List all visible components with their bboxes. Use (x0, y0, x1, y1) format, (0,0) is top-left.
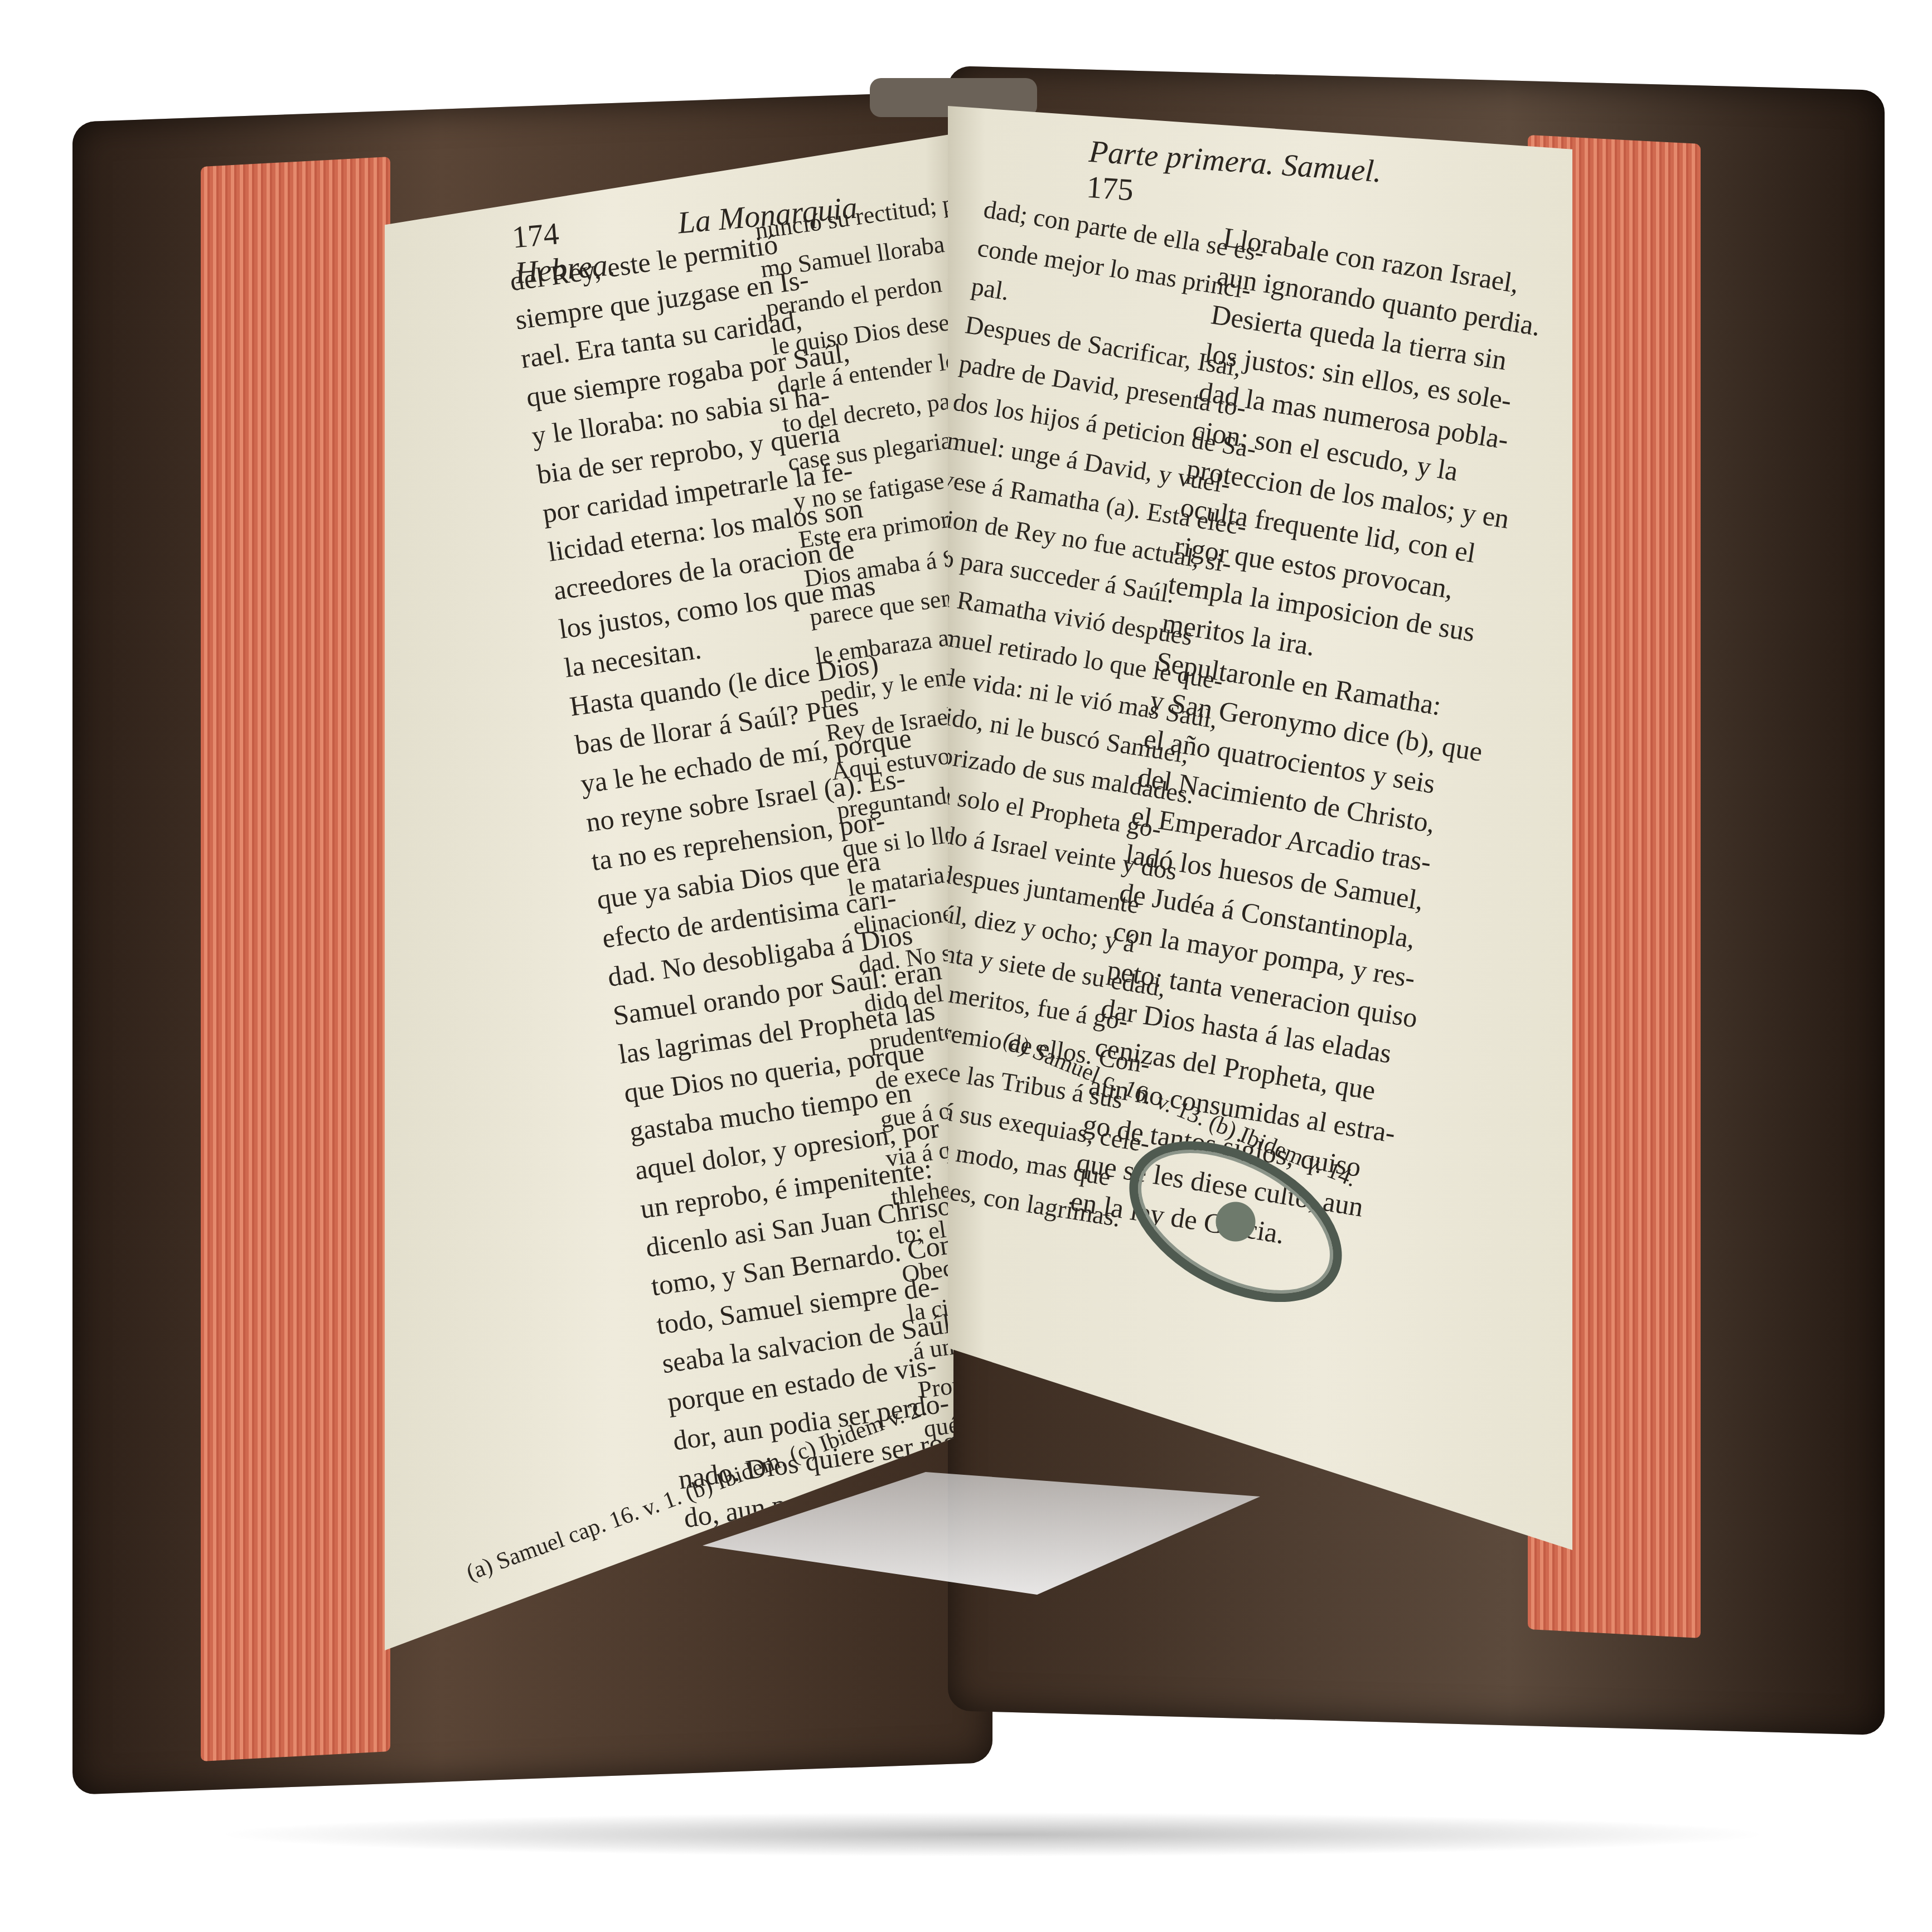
left-page: 174 La Monarquia Hebrea. del Rey, este l… (385, 134, 953, 1650)
page-number: 175 (1086, 170, 1135, 208)
book-photo: 174 La Monarquia Hebrea. del Rey, este l… (0, 0, 1932, 1932)
right-page: Parte primera. Samuel. 175 dad; con part… (948, 106, 1572, 1550)
page-number: 174 (511, 216, 560, 255)
table-shadow (212, 1812, 1773, 1857)
left-page-edges (201, 157, 390, 1761)
